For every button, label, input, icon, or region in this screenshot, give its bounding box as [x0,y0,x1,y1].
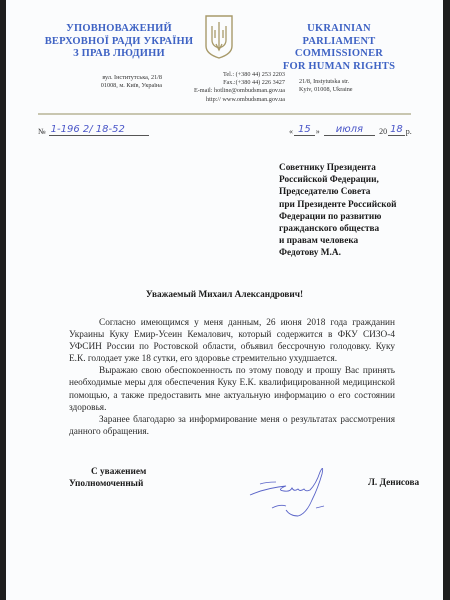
address-line: 01008, м. Київ, Україна [80,82,162,90]
handwritten-month: июля [324,124,375,136]
addressee-line: гражданского общества [279,223,449,235]
letterhead-en-line: UKRAINIAN [259,23,419,36]
addressee-block: Советнику Президента Российской Федераци… [279,162,449,260]
addressee-line: Федотову М.А. [279,247,449,259]
number-label: № [38,127,46,136]
contacts: Tel.: (+380 44) 253 2203 Fax.:(+380 44) … [165,71,285,104]
signatory-name: Л. Денисова [368,478,419,488]
signature-icon [246,462,336,522]
body-paragraph: Выражаю свою обеспокоенность по этому по… [69,365,395,413]
addressee-line: и правам человека [279,235,449,247]
addressee-line: Председателю Совета [279,186,449,198]
letter-body: Согласно имеющимся у меня данным, 26 июн… [69,317,395,438]
letterhead-ua-line: ВЕРХОВНОЇ РАДИ УКРАЇНИ [44,36,194,49]
letterhead-en-line: PARLIAMENT COMMISSIONER [259,36,419,61]
salutation: Уважаемый Михаил Александрович! [6,290,443,300]
year-prefix: 20 [379,127,387,136]
trident-emblem-icon [204,14,234,60]
email: E-mail: hotline@ombudsman.gov.ua [165,87,285,95]
letterhead-divider [38,113,411,115]
body-paragraph: Заранее благодарю за информирование меня… [69,414,395,438]
addressee-line: Федерации по развитию [279,211,449,223]
reference-date: « 15 » июля 20 18 р. [289,124,412,136]
address-line: вул. Інститутська, 21/8 [80,74,162,82]
closing-regards: С уважением [69,466,146,478]
letterhead-title-en: UKRAINIAN PARLIAMENT COMMISSIONER FOR HU… [259,23,419,73]
fax: Fax.:(+380 44) 226 3427 [165,79,285,87]
phone: Tel.: (+380 44) 253 2203 [165,71,285,79]
letterhead-ua-line: УПОВНОВАЖЕНИЙ [44,23,194,36]
address-ua: вул. Інститутська, 21/8 01008, м. Київ, … [80,74,162,90]
signatory-title: Уполномоченный [69,478,146,490]
handwritten-year: 18 [388,124,405,136]
address-en: 21/8, Instytutska str. Kyiv, 01008, Ukra… [299,78,409,94]
address-line: Kyiv, 01008, Ukraine [299,86,409,94]
handwritten-number: 1-196 2/ 18-52 [49,124,149,136]
reference-number: № 1-196 2/ 18-52 [38,124,149,136]
addressee-line: Советнику Президента [279,162,449,174]
quote-open: « [289,127,293,136]
body-paragraph: Согласно имеющимся у меня данным, 26 июн… [69,317,395,365]
closing-block: С уважением Уполномоченный [69,466,146,490]
letter-page: УПОВНОВАЖЕНИЙ ВЕРХОВНОЇ РАДИ УКРАЇНИ З П… [6,0,443,600]
website: http:// www.ombudsman.gov.ua [165,96,285,104]
year-label: р. [406,127,412,136]
handwritten-day: 15 [294,124,315,136]
addressee-line: Российской Федерации, [279,174,449,186]
letterhead-title-ua: УПОВНОВАЖЕНИЙ ВЕРХОВНОЇ РАДИ УКРАЇНИ З П… [44,23,194,61]
letterhead-ua-line: З ПРАВ ЛЮДИНИ [44,48,194,61]
quote-close: » [316,127,320,136]
addressee-line: при Президенте Российской [279,199,449,211]
address-line: 21/8, Instytutska str. [299,78,409,86]
